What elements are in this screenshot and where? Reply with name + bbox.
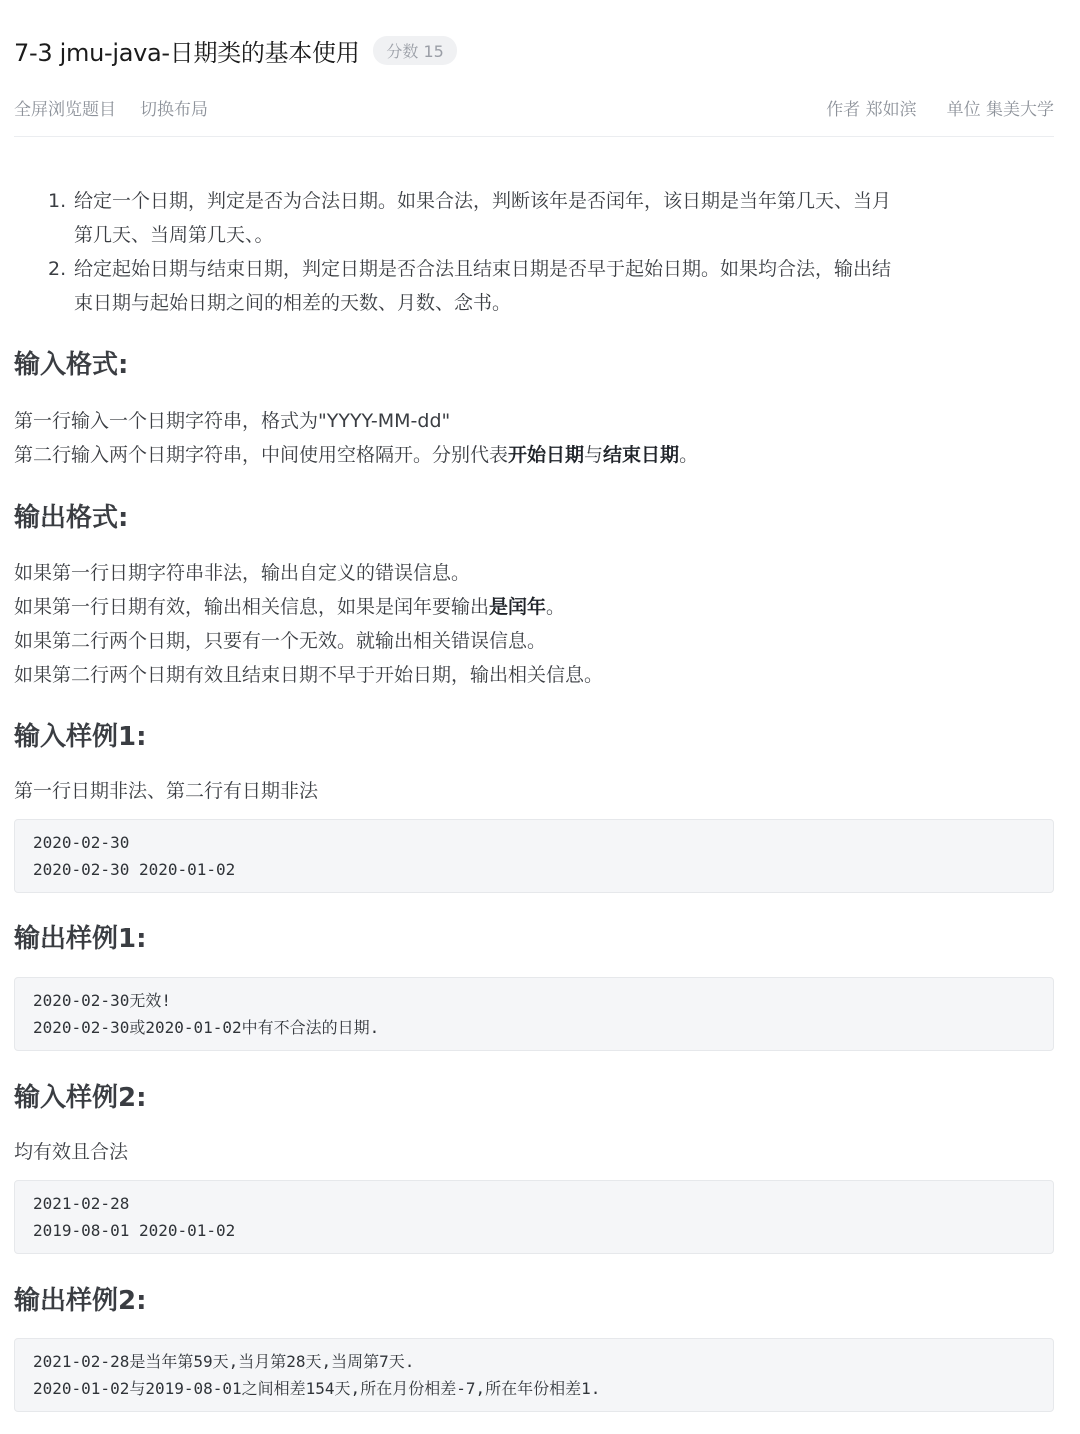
output-format-heading: 输出格式: xyxy=(14,497,128,534)
title-row: 7-3 jmu-java-日期类的基本使用 分数 15 xyxy=(14,31,457,69)
output-format-text: 如果第一行日期字符串非法，输出自定义的错误信息。 如果第一行日期有效，输出相关信… xyxy=(14,556,1054,692)
output-format-line: 如果第二行两个日期有效且结束日期不早于开始日期，输出相关信息。 xyxy=(14,658,1054,692)
view-actions: 全屏浏览题目 切换布局 xyxy=(14,95,208,120)
sample-input-2-heading: 输入样例2: xyxy=(14,1077,147,1114)
sample-input-2-description: 均有效且合法 xyxy=(14,1135,1054,1169)
problem-description: 1. 给定一个日期，判定是否为合法日期。如果合法，判断该年是否闰年，该日期是当年… xyxy=(14,184,1054,320)
requirement-text: 第几天、当周第几天、。 xyxy=(74,218,1054,252)
sample-output-2-code[interactable]: 2021-02-28是当年第59天,当月第28天,当周第7天. 2020-01-… xyxy=(14,1338,1054,1412)
requirements-list: 1. 给定一个日期，判定是否为合法日期。如果合法，判断该年是否闰年，该日期是当年… xyxy=(14,184,1054,320)
problem-meta: 作者 郑如滨 单位 集美大学 xyxy=(826,95,1054,120)
requirement-text: 束日期与起始日期之间的相差的天数、月数、念书。 xyxy=(74,286,1054,320)
author-label: 作者 郑如滨 xyxy=(826,95,916,120)
sample-output-2-heading: 输出样例2: xyxy=(14,1280,147,1317)
header-divider xyxy=(14,136,1054,137)
input-format-heading: 输入格式: xyxy=(14,344,128,381)
fullscreen-view-button[interactable]: 全屏浏览题目 xyxy=(14,95,116,120)
input-format-text: 第一行输入一个日期字符串，格式为"YYYY-MM-dd" 第二行输入两个日期字符… xyxy=(14,404,1054,472)
requirement-item: 2. 给定起始日期与结束日期，判定日期是否合法且结束日期是否早于起始日期。如果均… xyxy=(48,252,1054,320)
switch-layout-button[interactable]: 切换布局 xyxy=(140,95,208,120)
text-span: 。 xyxy=(679,444,698,466)
output-format-line: 如果第二行两个日期，只要有一个无效。就输出相关错误信息。 xyxy=(14,624,1054,658)
requirement-item: 1. 给定一个日期，判定是否为合法日期。如果合法，判断该年是否闰年，该日期是当年… xyxy=(48,184,1054,252)
text-span: 如果第一行日期有效，输出相关信息，如果是闰年要输出 xyxy=(14,596,489,618)
output-format-line: 如果第一行日期有效，输出相关信息，如果是闰年要输出是闰年。 xyxy=(14,590,1054,624)
unit-label: 单位 集美大学 xyxy=(947,95,1054,120)
bold-text: 结束日期 xyxy=(603,444,679,466)
sample-input-2-code[interactable]: 2021-02-28 2019-08-01 2020-01-02 xyxy=(14,1180,1054,1254)
sample-input-1-heading: 输入样例1: xyxy=(14,716,147,753)
input-format-line: 第一行输入一个日期字符串，格式为"YYYY-MM-dd" xyxy=(14,404,1054,438)
meta-row: 全屏浏览题目 切换布局 作者 郑如滨 单位 集美大学 xyxy=(14,92,1054,122)
bold-text: 开始日期 xyxy=(508,444,584,466)
list-number: 2. xyxy=(48,252,66,286)
sample-output-1-code[interactable]: 2020-02-30无效! 2020-02-30或2020-01-02中有不合法… xyxy=(14,977,1054,1051)
sample-input-1-code[interactable]: 2020-02-30 2020-02-30 2020-01-02 xyxy=(14,819,1054,893)
score-badge: 分数 15 xyxy=(373,36,456,65)
requirement-text: 给定起始日期与结束日期，判定日期是否合法且结束日期是否早于起始日期。如果均合法，… xyxy=(74,252,1054,286)
text-span: 第二行输入两个日期字符串，中间使用空格隔开。分别代表 xyxy=(14,444,508,466)
text-span: 与 xyxy=(584,444,603,466)
text-span: 。 xyxy=(546,596,565,618)
output-format-line: 如果第一行日期字符串非法，输出自定义的错误信息。 xyxy=(14,556,1054,590)
requirement-text: 给定一个日期，判定是否为合法日期。如果合法，判断该年是否闰年，该日期是当年第几天… xyxy=(74,184,1054,218)
sample-input-1-description: 第一行日期非法、第二行有日期非法 xyxy=(14,774,1054,808)
list-number: 1. xyxy=(48,184,66,218)
bold-text: 是闰年 xyxy=(489,596,546,618)
input-format-line: 第二行输入两个日期字符串，中间使用空格隔开。分别代表开始日期与结束日期。 xyxy=(14,438,1054,472)
problem-title: 7-3 jmu-java-日期类的基本使用 xyxy=(14,33,359,68)
sample-output-1-heading: 输出样例1: xyxy=(14,918,147,955)
